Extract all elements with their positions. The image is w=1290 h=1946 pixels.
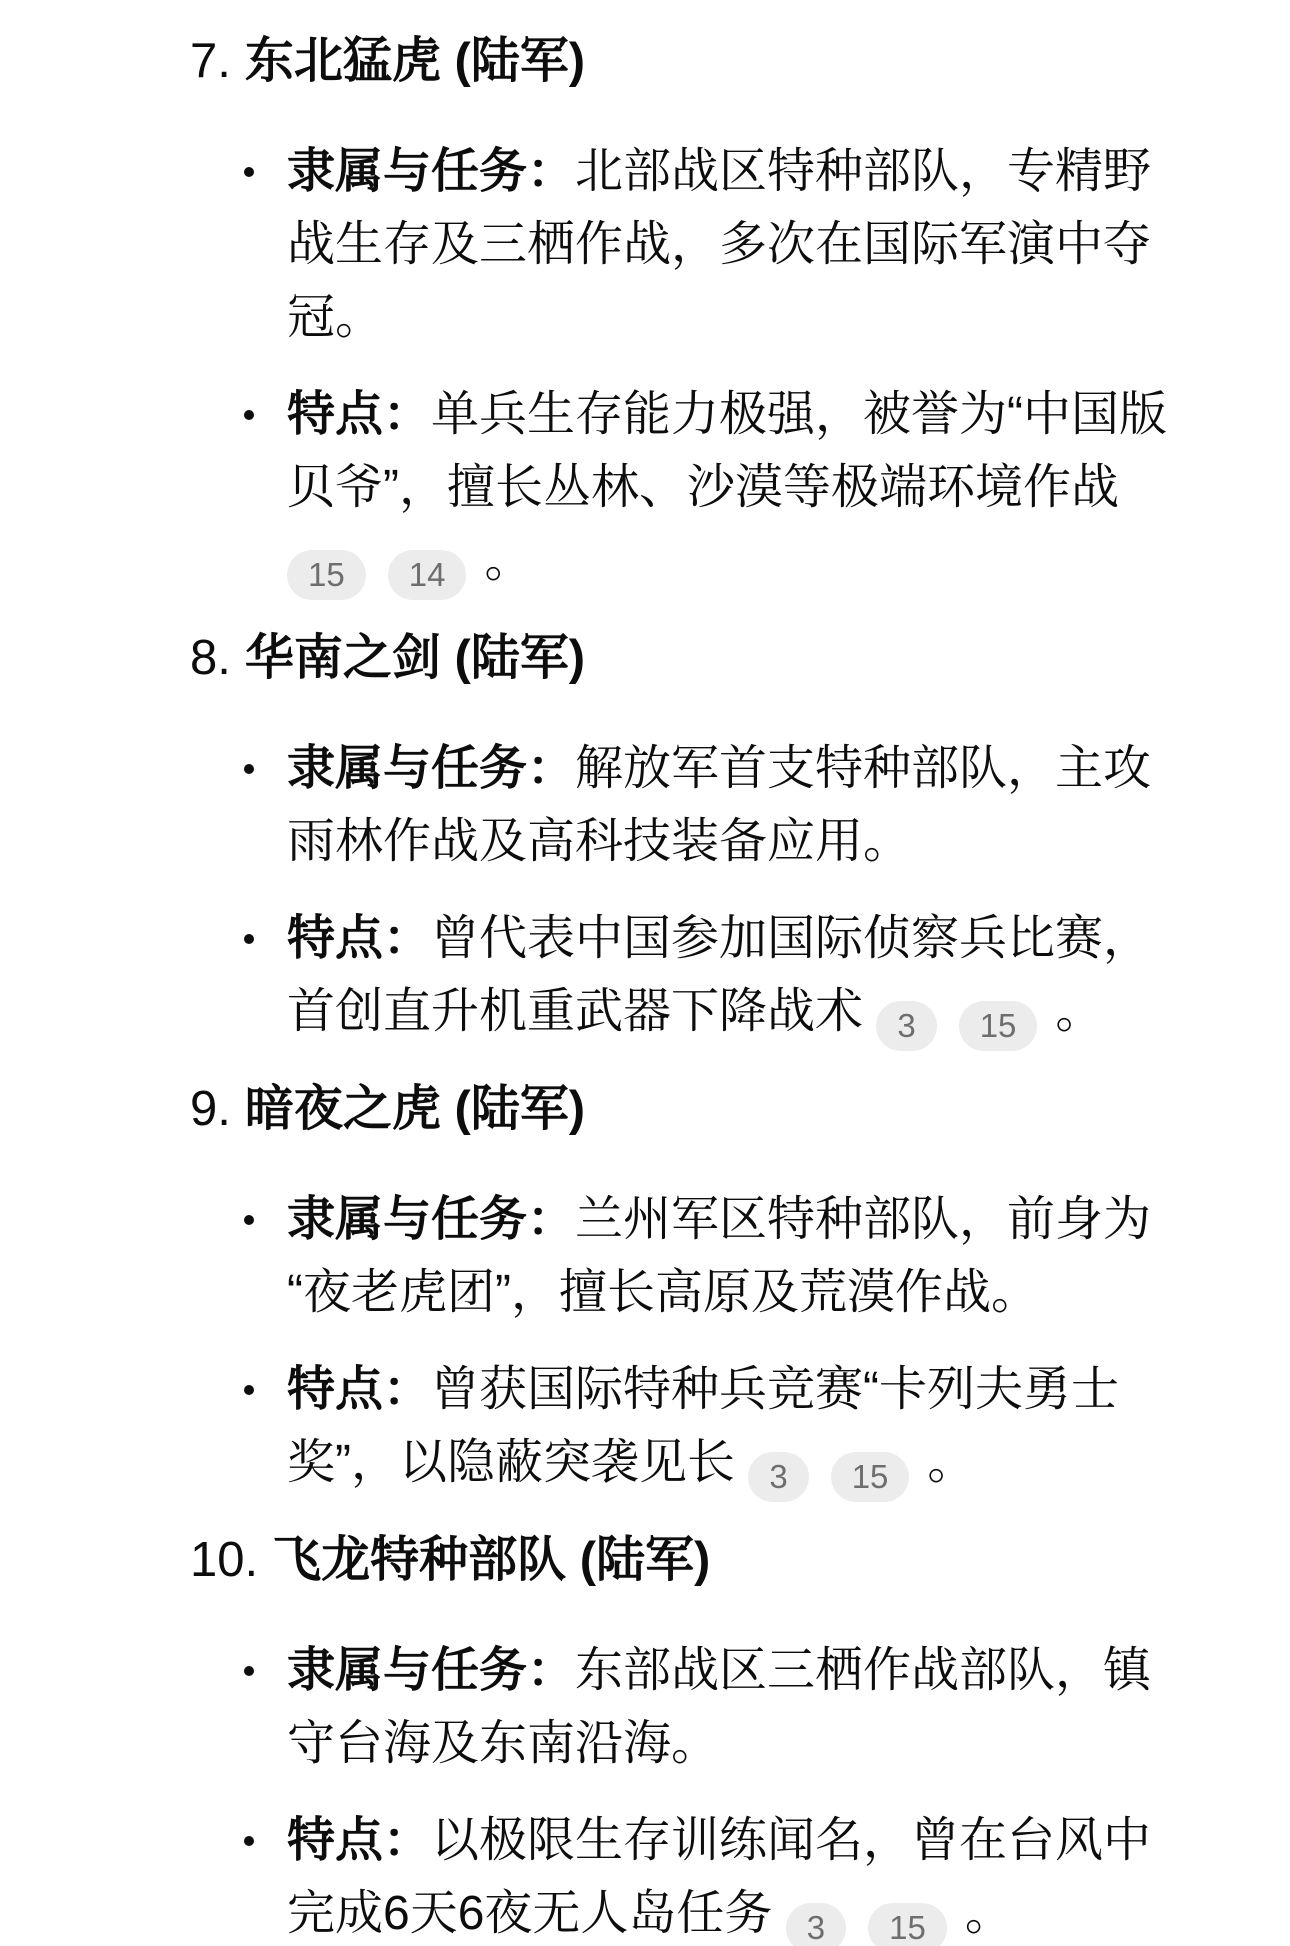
bullet-paragraph: 特点：曾代表中国参加国际侦察兵比赛， 首创直升机重武器下降战术 315。 bbox=[287, 902, 1242, 1051]
list-number: 7. bbox=[190, 34, 231, 88]
sentence-period: 。 bbox=[965, 1887, 1013, 1940]
bullet-label: 特点： bbox=[287, 1363, 431, 1416]
bullet-paragraph: 特点：以极限生存训练闻名，曾在台风中 完成6天6夜无人岛任务 315。 bbox=[287, 1804, 1242, 1946]
citation-badge[interactable]: 14 bbox=[388, 550, 467, 600]
citation-badge[interactable]: 15 bbox=[287, 550, 366, 600]
list-item-heading-8: 8.华南之剑 (陆军) bbox=[0, 625, 1242, 691]
bullet-label: 特点： bbox=[287, 912, 431, 965]
bullet-label: 隶属与任务： bbox=[287, 742, 575, 795]
citation-badge[interactable]: 3 bbox=[748, 1452, 808, 1502]
list-item: 隶属与任务：北部战区特种部队，专精野 战生存及三栖作战，多次在国际军演中夺 冠。 bbox=[0, 135, 1242, 354]
bullet-icon bbox=[244, 1385, 254, 1395]
list-item-heading-7: 7.东北猛虎 (陆军) bbox=[0, 28, 1242, 94]
list-number: 8. bbox=[190, 631, 231, 685]
list-item: 特点：以极限生存训练闻名，曾在台风中 完成6天6夜无人岛任务 315。 bbox=[0, 1804, 1242, 1946]
bullet-icon bbox=[244, 764, 254, 774]
citation-badge[interactable]: 3 bbox=[786, 1903, 846, 1946]
bullet-paragraph: 隶属与任务：北部战区特种部队，专精野 战生存及三栖作战，多次在国际军演中夺 冠。 bbox=[287, 135, 1242, 354]
bullet-label: 特点： bbox=[287, 1814, 431, 1867]
bullet-paragraph: 隶属与任务：东部战区三栖作战部队，镇 守台海及东南沿海。 bbox=[287, 1634, 1242, 1780]
list-item: 隶属与任务：解放军首支特种部队，主攻 雨林作战及高科技装备应用。 bbox=[0, 732, 1242, 878]
citation-badge[interactable]: 15 bbox=[959, 1001, 1038, 1051]
unit-title: 暗夜之虎 (陆军) bbox=[245, 1082, 585, 1136]
sentence-period: 。 bbox=[1055, 985, 1103, 1038]
bullet-icon bbox=[244, 167, 254, 177]
list-item-heading-10: 10.飞龙特种部队 (陆军) bbox=[0, 1527, 1242, 1593]
list-item: 特点：单兵生存能力极强，被誉为“中国版 贝爷”，擅长丛林、沙漠等极端环境作战 1… bbox=[0, 378, 1242, 600]
bullet-paragraph: 隶属与任务：解放军首支特种部队，主攻 雨林作战及高科技装备应用。 bbox=[287, 732, 1242, 878]
sentence-period: 。 bbox=[484, 534, 532, 587]
list-number: 10. bbox=[190, 1533, 258, 1587]
bullet-paragraph: 特点：单兵生存能力极强，被誉为“中国版 贝爷”，擅长丛林、沙漠等极端环境作战 1… bbox=[287, 378, 1242, 600]
list-item: 特点：曾获国际特种兵竞赛“卡列夫勇士 奖”，以隐蔽突袭见长 315。 bbox=[0, 1353, 1242, 1502]
unit-title: 东北猛虎 (陆军) bbox=[245, 34, 585, 88]
bullet-paragraph: 特点：曾获国际特种兵竞赛“卡列夫勇士 奖”，以隐蔽突袭见长 315。 bbox=[287, 1353, 1242, 1502]
bullet-icon bbox=[244, 1836, 254, 1846]
citation-badge[interactable]: 15 bbox=[868, 1903, 947, 1946]
unit-title: 华南之剑 (陆军) bbox=[245, 631, 585, 685]
bullet-icon bbox=[244, 410, 254, 420]
chat-message-body: 7.东北猛虎 (陆军) 隶属与任务：北部战区特种部队，专精野 战生存及三栖作战，… bbox=[0, 0, 1290, 1946]
bullet-label: 隶属与任务： bbox=[287, 145, 575, 198]
bullet-icon bbox=[244, 1215, 254, 1225]
bullet-label: 特点： bbox=[287, 388, 431, 441]
bullet-icon bbox=[244, 934, 254, 944]
list-item-heading-9: 9.暗夜之虎 (陆军) bbox=[0, 1076, 1242, 1142]
bullet-paragraph: 隶属与任务：兰州军区特种部队，前身为 “夜老虎团”，擅长高原及荒漠作战。 bbox=[287, 1183, 1242, 1329]
sentence-period: 。 bbox=[927, 1436, 975, 1489]
bullet-label: 隶属与任务： bbox=[287, 1644, 575, 1697]
list-item: 隶属与任务：东部战区三栖作战部队，镇 守台海及东南沿海。 bbox=[0, 1634, 1242, 1780]
bullet-label: 隶属与任务： bbox=[287, 1193, 575, 1246]
list-number: 9. bbox=[190, 1082, 231, 1136]
list-item: 特点：曾代表中国参加国际侦察兵比赛， 首创直升机重武器下降战术 315。 bbox=[0, 902, 1242, 1051]
bullet-icon bbox=[244, 1666, 254, 1676]
citation-badge[interactable]: 3 bbox=[876, 1001, 936, 1051]
unit-title: 飞龙特种部队 (陆军) bbox=[272, 1533, 710, 1587]
citation-badge[interactable]: 15 bbox=[831, 1452, 910, 1502]
list-item: 隶属与任务：兰州军区特种部队，前身为 “夜老虎团”，擅长高原及荒漠作战。 bbox=[0, 1183, 1242, 1329]
